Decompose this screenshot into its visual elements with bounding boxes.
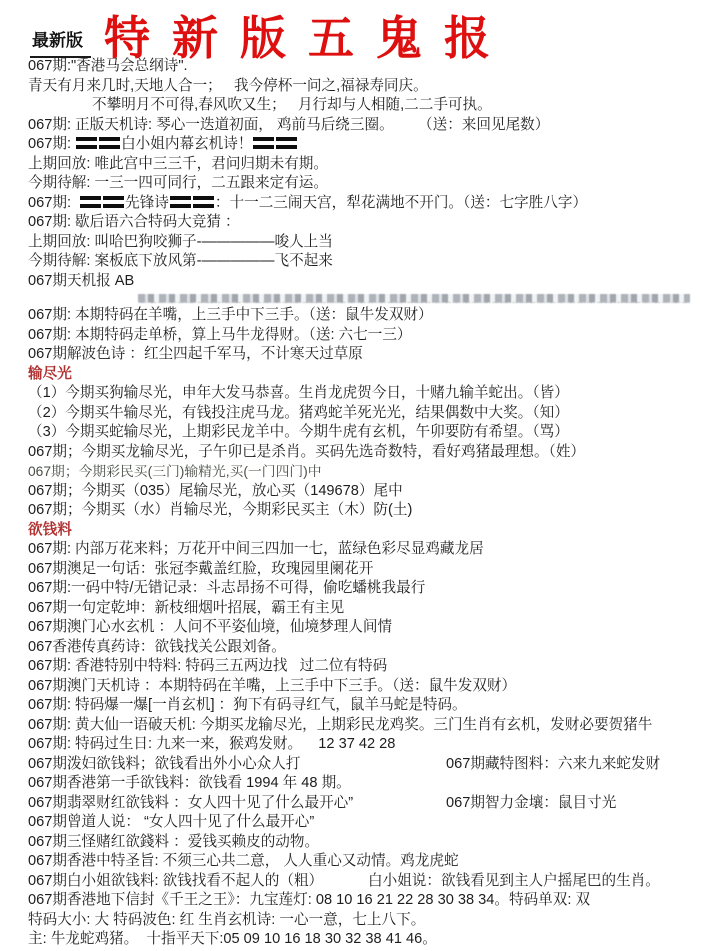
text-line: 067期天机报 AB <box>28 272 711 292</box>
line-prefix: 067期: <box>28 136 75 152</box>
text-line: 不攀明月不可得,春风吹又生； 月行却与人相随,二二手可执。 <box>28 96 711 116</box>
text-line: 067期: 特码过生日: 九来一来，猴鸡发财。 12 37 42 28 <box>28 735 711 755</box>
double-bar-icon <box>103 196 124 208</box>
text-line: 067期曾道人说： “女人四十见了什么最开心” <box>28 813 711 833</box>
left-column-text: 067期白小姐欲钱料: 欲钱找看不起人的（粗） <box>28 873 323 889</box>
text-line: 067期；今期彩民买(三门)输精光,买(一门四门)中 <box>28 462 711 482</box>
right-column-text: 白小姐说：欲钱看见到主人户摇尾巴的生肖。 <box>368 872 660 892</box>
right-column-text: 067期藏特图料：六来九来蛇发财 <box>446 755 660 775</box>
left-column-text: 067期翡翠财红欲钱料 ：女人四十见了什么最开心” <box>28 795 353 811</box>
body-lines: 067期:"香港马会总纲诗".青天有月来几时,天地人合一； 我今停杯一问之,福禄… <box>28 57 711 950</box>
smudge-artifact <box>138 294 690 303</box>
section-heading: 欲钱料 <box>28 521 711 541</box>
text-line: 今期待解: 案板底下放风第-—————飞不起来 <box>28 252 711 272</box>
right-column-text: 067期智力金壤：鼠目寸光 <box>446 794 616 814</box>
text-line: 067期澳门心水玄机 ：人问不平姿仙境，仙境梦理人间情 <box>28 618 711 638</box>
edition-badge: 最新版 <box>30 26 91 58</box>
double-bar-icon <box>99 137 120 149</box>
text-line: 067期: 本期特码在羊嘴，上三手中下三手。（送：鼠牛发双财） <box>28 306 711 326</box>
text-line: 青天有月来几时,天地人合一； 我今停杯一问之,福禄寿同庆。 <box>28 77 711 97</box>
text-line: 067期: 白小姐内幕玄机诗！ <box>28 135 711 155</box>
double-bar-icon <box>80 196 101 208</box>
text-line: 067期: 正版天机诗: 琴心一迭道初面， 鸡前马后绕三圈。 （送：来回见尾数） <box>28 116 711 136</box>
text-line: 主: 牛龙蛇鸡猪。 十指平天下:05 09 10 16 18 30 32 38 … <box>28 930 711 950</box>
text-line: 067期: 先锋诗：十一二三闹天宫，犁花满地不开门。（送：七字胜八字） <box>28 194 711 214</box>
text-line: 067期香港中特圣旨: 不须三心共二意， 人人重心又动情。鸡龙虎蛇 <box>28 852 711 872</box>
text-line: 067期；今期买（水）肖输尽光，今期彩民买主（木）防(土) <box>28 501 711 521</box>
text-line: （1）今期买狗输尽光，申年大发马恭喜。生肖龙虎贺今日，十赌九输羊蛇出。（皆） <box>28 384 711 404</box>
two-column-line: 067期白小姐欲钱料: 欲钱找看不起人的（粗）白小姐说：欲钱看见到主人户摇尾巴的… <box>28 872 711 892</box>
line-prefix: 067期: <box>28 195 79 211</box>
text-line: 067期香港第一手欲钱料：欲钱看 1994 年 48 期。 <box>28 774 711 794</box>
left-column-text: 067期泼妇欲钱料；欲钱看出外小心众人打 <box>28 756 300 772</box>
five-ghost-report-page: 最新版 特新版五鬼报 067期:"香港马会总纲诗".青天有月来几时,天地人合一；… <box>0 0 713 951</box>
text-line: 067期: 香港特别中特料: 特码三五两边找 过二位有特码 <box>28 657 711 677</box>
text-line: 067期: 本期特码走单桥，算上马牛龙得财。（送: 六七一三） <box>28 326 711 346</box>
line-label: 白小姐内幕玄机诗！ <box>121 136 252 152</box>
text-line: 067期；今期买（035）尾输尽光，放心买（149678）尾中 <box>28 482 711 502</box>
text-line: 067期:一码中特/无错记录：斗志昂扬不可得，偷吃蟠桃我最行 <box>28 579 711 599</box>
text-line: 067期澳门天机诗 ：本期特码在羊嘴，上三手中下三手。（送：鼠牛发双财） <box>28 677 711 697</box>
double-bar-icon <box>253 137 274 149</box>
text-line: 067期三怪赌红欲錢料 ：爱钱买赖皮的动物。 <box>28 833 711 853</box>
text-line: （3）今期买蛇输尽光，上期彩民龙羊中。今期牛虎有玄机，午卯要防有希望。（骂） <box>28 423 711 443</box>
text-line: 067期香港地下信封《千王之王》：九宝莲灯: 08 10 16 21 22 28… <box>28 891 711 911</box>
text-line: 067期: 内部万花来料；万花开中间三四加一七，蓝绿色彩尽显鸡藏龙居 <box>28 540 711 560</box>
text-line: 067期一句定乾坤：新枝细烟叶招展，霸王有主见 <box>28 599 711 619</box>
text-line: 067期:"香港马会总纲诗". <box>28 57 711 77</box>
text-line: 上期回放: 唯此宫中三三千，君问归期未有期。 <box>28 155 711 175</box>
text-line: （2）今期买牛输尽光，有钱投注虎马龙。猪鸡蛇羊死光光，结果偶数中大奖。（知） <box>28 404 711 424</box>
text-line: 067期；今期买龙输尽光，子午卯已是杀肖。买码先选奇数特，看好鸡猪最理想。（姓） <box>28 443 711 463</box>
two-column-line: 067期翡翠财红欲钱料 ：女人四十见了什么最开心”067期智力金壤：鼠目寸光 <box>28 794 711 814</box>
text-line: 067期解波色诗 ：红尘四起千军马，不计寒天过草原 <box>28 345 711 365</box>
double-bar-icon <box>276 137 297 149</box>
smudged-ghost-line <box>28 294 711 306</box>
text-line: 067期: 特码爆一爆[一肖玄机] ：狗下有码寻红气，鼠羊马蛇是特码。 <box>28 696 711 716</box>
double-bar-icon <box>76 137 97 149</box>
text-line: 今期待解: 一三一四可同行，二五跟来定有运。 <box>28 174 711 194</box>
two-column-line: 067期泼妇欲钱料；欲钱看出外小心众人打067期藏特图料：六来九来蛇发财 <box>28 755 711 775</box>
section-heading: 输尽光 <box>28 365 711 385</box>
text-line: 067香港传真药诗：欲钱找关公跟刘备。 <box>28 638 711 658</box>
page-header: 最新版 特新版五鬼报 <box>0 0 713 57</box>
line-suffix: ：十一二三闹天宫，犁花满地不开门。（送：七字胜八字） <box>215 195 587 211</box>
text-line: 067期澳足一句话：张冠李戴盖红脸，玫瑰园里阑花开 <box>28 560 711 580</box>
text-line: 上期回放: 叫哈巴狗咬狮子-—————唆人上当 <box>28 233 711 253</box>
double-bar-icon <box>170 196 191 208</box>
double-bar-icon <box>193 196 214 208</box>
text-line: 067期: 黄大仙一语破天机: 今期买龙输尽光，上期彩民龙鸡奖。三门生肖有玄机，… <box>28 716 711 736</box>
text-line: 特码大小: 大 特码波色: 红 生肖玄机诗: 一心一意，七上八下。 <box>28 911 711 931</box>
text-line: 067期: 歇后语六合特码大竞猜 ： <box>28 213 711 233</box>
line-label: 先锋诗 <box>125 195 169 211</box>
